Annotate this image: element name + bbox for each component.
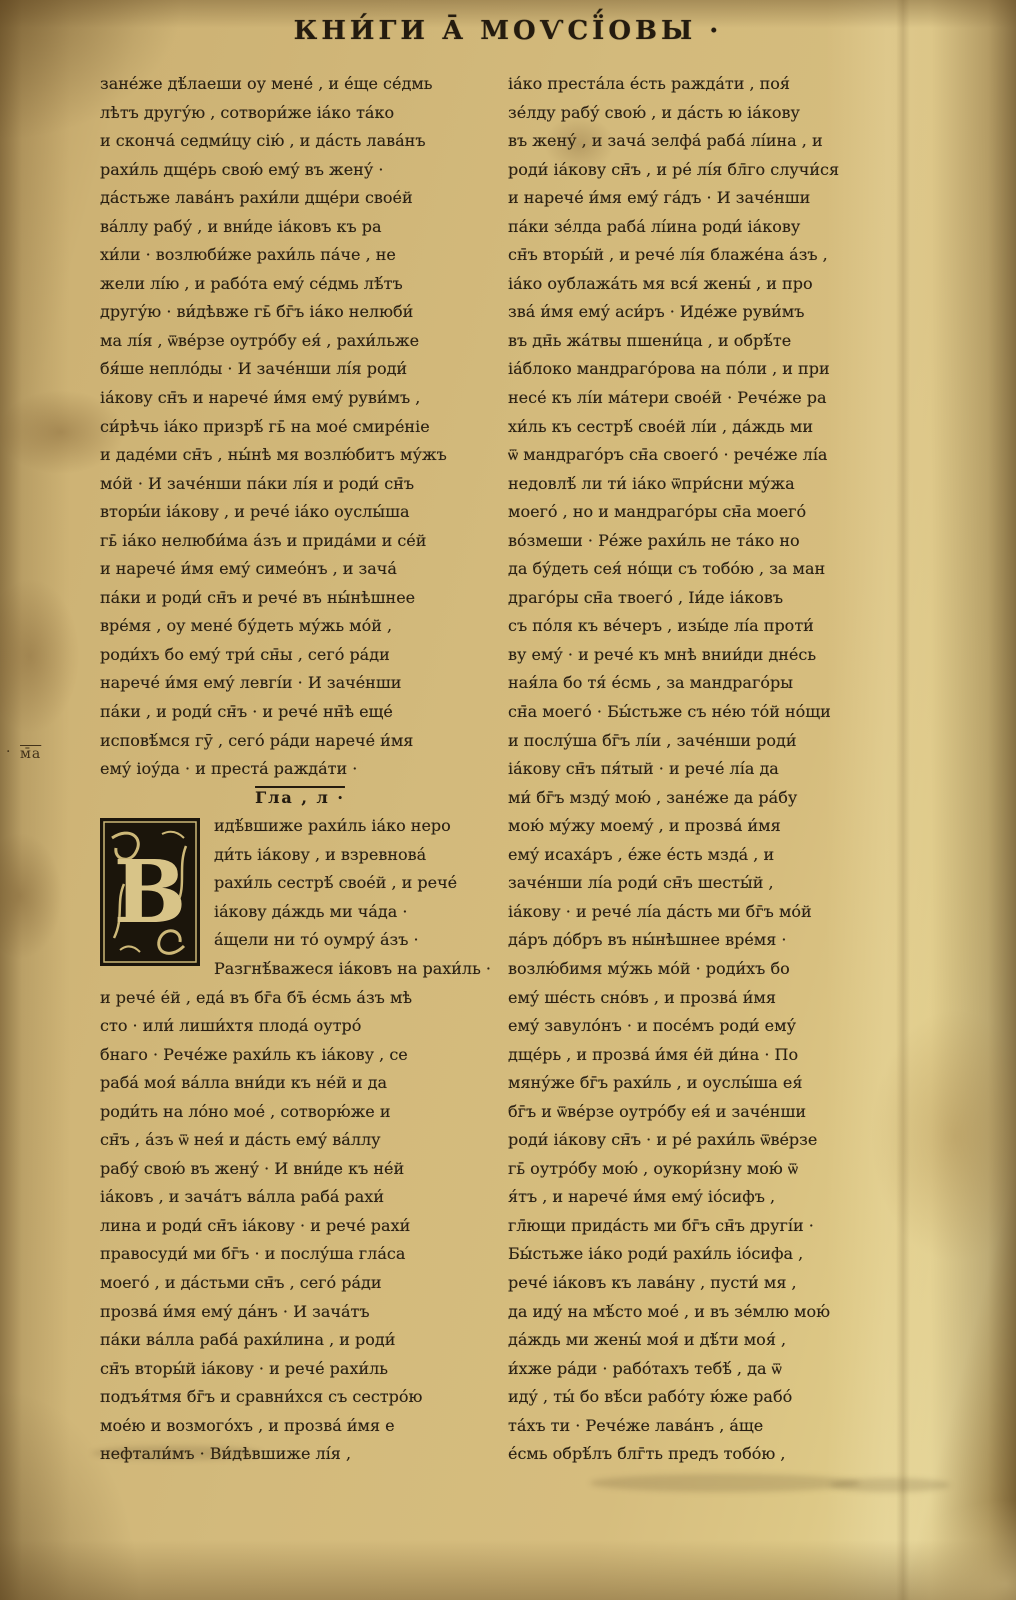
text-line: роди́ іа́кову сн̄ъ · и ре́ рахи́ль ѿве́р… <box>508 1126 908 1155</box>
text-line: правосуди́ ми бг̄ъ · и послу́ша гла́са <box>100 1240 500 1269</box>
ink-smudge <box>92 1446 262 1460</box>
text-line: ми́ бг̄ъ мзду́ мою́ , зане́же да ра́бу <box>508 784 908 813</box>
text-line: мою́ му́жу моему́ , и прозва́ и́мя <box>508 812 908 841</box>
text-line: рабу́ свою́ въ жену́ · И вни́де къ не́й <box>100 1155 500 1184</box>
text-line: та́хъ ти · Рече́же лава́нъ , а́ще <box>508 1412 908 1441</box>
text-line: іа́кову сн̄ъ пя́тый · и рече́ лі́а да <box>508 755 908 784</box>
text-line: лина и роди́ сн̄ъ іа́кову · и рече́ рахи… <box>100 1212 500 1241</box>
text-line: сн̄ъ вторы́й іа́кову · и рече́ рахи́ль <box>100 1355 500 1384</box>
text-line: роди́ іа́кову сн̄ъ , и ре́ лі́я бл̄го сл… <box>508 156 908 185</box>
chapter-30-continued-lines: Разгнѣ́важеся іа́ковъ на рахи́ль ·и рече… <box>100 955 500 1469</box>
text-line: ему́ завуло́нъ · и посе́мъ роди́ ему́ <box>508 1012 908 1041</box>
text-line: да бу́деть сея́ но́щи съ тобо́ю , за ман <box>508 555 908 584</box>
decorative-initial-woodcut: В <box>100 818 200 966</box>
text-line: въ дн̄ь жа́твы пшени́ца , и обрѣ́те <box>508 327 908 356</box>
text-line: іа́ко оублажа́ть мя вся́ жены́ , и про <box>508 270 908 299</box>
text-line: хи́ли · возлюби́же рахи́ль па́че , не <box>100 241 500 270</box>
text-line: іа́ковъ , и зача́тъ ва́лла раба́ рахи́ <box>100 1183 500 1212</box>
text-line: роди́хъ бо ему́ три́ сн̄ы , сего́ ра́ди <box>100 641 500 670</box>
text-line: мяну́же бг̄ъ рахи́ль , и оуслы́ша ея́ <box>508 1069 908 1098</box>
text-line: да́ждь ми жены́ моя́ и дѣ́ти моя́ , <box>508 1326 908 1355</box>
text-line: роди́ть на ло́но мое́ , сотворю́же и <box>100 1098 500 1127</box>
text-line: во́змеши · Ре́же рахи́ль не та́ко но <box>508 527 908 556</box>
text-line: несе́ къ лі́и ма́тери свое́й · Рече́же р… <box>508 384 908 413</box>
text-line: я́тъ , и нарече́ и́мя ему́ іо́сифъ , <box>508 1183 908 1212</box>
text-line: ему́ исаха́ръ , е́же е́сть мзда́ , и <box>508 841 908 870</box>
text-line: драго́ры сн̄а твоего́ , Іи́де іа́ковъ <box>508 584 908 613</box>
text-line: иду́ , ты́ бо вѣ́си рабо́ту ю́же рабо́ <box>508 1383 908 1412</box>
text-line: сн̄а моего́ · Бы́стьже съ не́ю то́й но́щ… <box>508 698 908 727</box>
text-line: сн̄ъ вторы́й , и рече́ лі́я блаже́на а́з… <box>508 241 908 270</box>
right-column-paragraph: іа́ко преста́ла е́сть ражда́ти , поя́зе́… <box>508 70 908 1469</box>
text-line: іа́кову сн̄ъ и нарече́ и́мя ему́ руви́мъ… <box>100 384 500 413</box>
chapter-30-paragraph: В идѣ́вшиже рахи́ль іа́ко нероди́ть іа́к… <box>100 812 500 1469</box>
text-line: па́ки ва́лла раба́ рахи́лина , и роди́ <box>100 1326 500 1355</box>
text-line: моего́ , и да́стьми сн̄ъ , сего́ ра́ди <box>100 1269 500 1298</box>
text-line: вре́мя , оу мене́ бу́деть му́жь мо́й , <box>100 612 500 641</box>
ink-smudge <box>830 1478 950 1492</box>
text-line: и послу́ша бг̄ъ лі́и , заче́нши роди́ <box>508 727 908 756</box>
text-line: да́стьже лава́нъ рахи́ли дще́ри свое́й <box>100 184 500 213</box>
text-line: бнаго · Рече́же рахи́ль къ іа́кову , се <box>100 1041 500 1070</box>
text-line: е́смь обрѣ́лъ блг̄ть предъ тобо́ю , <box>508 1440 908 1469</box>
right-column: іа́ко преста́ла е́сть ражда́ти , поя́зе́… <box>508 70 908 1469</box>
text-line: па́ки и роди́ сн̄ъ и рече́ въ ны́нѣшнее <box>100 584 500 613</box>
text-line: и сконча́ седми́цу сію́ , и да́сть лава́… <box>100 127 500 156</box>
text-line: раба́ моя́ ва́лла вни́ди къ не́й и да <box>100 1069 500 1098</box>
text-line: ная́ла бо тя́ е́смь , за мандраго́ры <box>508 669 908 698</box>
text-line: жели лі́ю , и рабо́та ему́ се́дмь лѣ́тъ <box>100 270 500 299</box>
text-line: ву ему́ · и рече́ къ мнѣ внии́ди дне́сь <box>508 641 908 670</box>
text-line: вторы́и іа́кову , и рече́ іа́ко оуслы́ша <box>100 498 500 527</box>
text-line: бя́ше непло́ды · И заче́нши лі́я роди́ <box>100 355 500 384</box>
text-line: гл̄ющи прида́сть ми бг̄ъ сн̄ъ другі́и · <box>508 1212 908 1241</box>
text-line: зане́же дѣ́лаеши оу мене́ , и е́ще се́дм… <box>100 70 500 99</box>
text-line: да иду́ на мѣ́сто мое́ , и въ зе́млю мою… <box>508 1298 908 1327</box>
text-line: недовлѣ́ ли ти́ іа́ко ѿпри́сни му́жа <box>508 470 908 499</box>
text-line: си́рѣчь іа́ко призрѣ́ гь̄ на мое́ смире́… <box>100 413 500 442</box>
text-line: лѣтъ другу́ю , сотвори́же іа́ко та́ко <box>100 99 500 128</box>
woodcut-initial-icon: В <box>100 818 200 966</box>
text-line: іа́кову · и рече́ лі́а да́сть ми бг̄ъ мо… <box>508 898 908 927</box>
text-line: и даде́ми сн̄ъ , ны́нѣ мя возлю́битъ му́… <box>100 441 500 470</box>
text-line: іа́ко преста́ла е́сть ражда́ти , поя́ <box>508 70 908 99</box>
page-edge-crease <box>896 0 910 1600</box>
text-line: и нарече́ и́мя ему́ симео́нъ , и зача́ <box>100 555 500 584</box>
text-line: исповѣ́мся гӯ , сего́ ра́ди нарече́ и́мя <box>100 727 500 756</box>
text-line: да́ръ до́бръ въ ны́нѣшнее вре́мя · <box>508 926 908 955</box>
text-line: рахи́ль дще́рь свою́ ему́ въ жену́ · <box>100 156 500 185</box>
left-column: зане́же дѣ́лаеши оу мене́ , и е́ще се́дм… <box>100 70 500 1469</box>
text-line: подъя́тмя бг̄ъ и сравни́хся съ сестро́ю <box>100 1383 500 1412</box>
text-line: мое́ю и возмого́хъ , и прозва́ и́мя е <box>100 1412 500 1441</box>
chapter-30-heading: Гла , л · <box>100 784 500 813</box>
text-line: моего́ , но и мандраго́ры сн̄а моего́ <box>508 498 908 527</box>
ink-smudge <box>590 1474 860 1492</box>
text-line: ему́ ше́сть сно́въ , и прозва́ и́мя <box>508 984 908 1013</box>
text-line: гь̄ іа́ко нелюби́ма а́зъ и прида́ми и се… <box>100 527 500 556</box>
text-line: рече́ іа́ковъ къ лава́ну , пусти́ мя , <box>508 1269 908 1298</box>
text-line: мо́й · И заче́нши па́ки лі́я и роди́ сн̄… <box>100 470 500 499</box>
text-line: ѿ мандраго́ръ сн̄а своего́ · рече́же лі́… <box>508 441 908 470</box>
text-line: съ по́ля къ ве́черъ , изы́де лі́а проти́ <box>508 612 908 641</box>
text-line: бг̄ъ и ѿве́рзе оутро́бу ея́ и заче́нши <box>508 1098 908 1127</box>
text-line: зе́лду рабу́ свою́ , и да́сть ю іа́кову <box>508 99 908 128</box>
text-line: па́ки зе́лда раба́ лі́ина роди́ іа́кову <box>508 213 908 242</box>
text-line: ва́ллу рабу́ , и вни́де іа́ковъ къ ра <box>100 213 500 242</box>
text-line: дще́рь , и прозва́ и́мя е́й ди́на · По <box>508 1041 908 1070</box>
text-line: и рече́ е́й , еда́ въ бг̄а бъ̄ е́смь а́з… <box>100 984 500 1013</box>
text-line: зва́ и́мя ему́ аси́ръ · Иде́же руви́мъ <box>508 298 908 327</box>
text-line: возлю́бимя му́жь мо́й · роди́хъ бо <box>508 955 908 984</box>
text-line: іа́блоко мандраго́рова на по́ли , и при <box>508 355 908 384</box>
text-line: хи́ль къ сестрѣ́ свое́й лі́и , да́ждь ми <box>508 413 908 442</box>
text-line: сн̄ъ , а́зъ ѿ нея́ и да́сть ему́ ва́ллу <box>100 1126 500 1155</box>
text-line: Бы́стьже іа́ко роди́ рахи́ль іо́сифа , <box>508 1240 908 1269</box>
text-line: па́ки , и роди́ сн̄ъ · и рече́ нн̄ѣ еще́ <box>100 698 500 727</box>
text-line: и нарече́ и́мя ему́ га́дъ · И заче́нши <box>508 184 908 213</box>
text-line: заче́нши лі́а роди́ сн̄ъ шесты́й , <box>508 869 908 898</box>
text-line: другу́ю · ви́дѣвже гь̄ бг̄ъ іа́ко нелюби… <box>100 298 500 327</box>
text-line: нарече́ и́мя ему́ левгі́и · И заче́нши <box>100 669 500 698</box>
text-line: ему́ іоу́да · и преста́ ражда́ти · <box>100 755 500 784</box>
text-line: въ жену́ , и зача́ зелфа́ раба́ лі́ина ,… <box>508 127 908 156</box>
page-title: КНИ́ГИ А̄ МОѴСЇ́ОВЫ · <box>0 16 1016 46</box>
margin-note: м̄а <box>20 746 41 762</box>
book-page: КНИ́ГИ А̄ МОѴСЇ́ОВЫ · · м̄а зане́же дѣ́л… <box>0 0 1016 1600</box>
initial-letter: В <box>114 842 187 943</box>
text-line: гь̄ оутро́бу мою́ , оукори́зну мою́ ѿ <box>508 1155 908 1184</box>
genesis-29-paragraph: зане́же дѣ́лаеши оу мене́ , и е́ще се́дм… <box>100 70 500 784</box>
text-line: сто · или́ лиши́хтя плода́ оутро́ <box>100 1012 500 1041</box>
margin-dot: · <box>6 744 10 760</box>
text-line: ма лі́я , ѿве́рзе оутро́бу ея́ , рахи́ль… <box>100 327 500 356</box>
text-line: и́хже ра́ди · рабо́тахъ тебѣ́ , да ѿ <box>508 1355 908 1384</box>
text-line: прозва́ и́мя ему́ да́нъ · И зача́тъ <box>100 1298 500 1327</box>
